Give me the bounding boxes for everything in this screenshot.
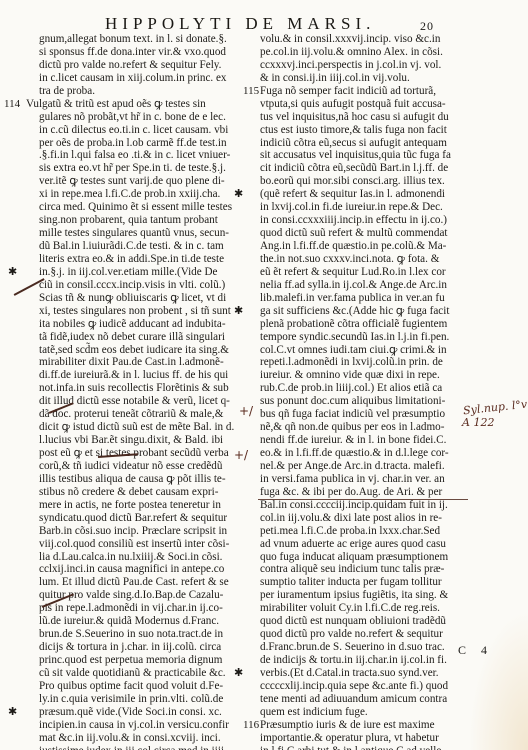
text-line-content: indiciũ cõtra eũ,secus si aufugit antequ… xyxy=(260,137,447,149)
text-line-content: (quẽ refert & sequitur Ias.in l. admonen… xyxy=(260,188,445,200)
text-line-content: verbis.(Et d.Catal.in tracta.suo synd.ve… xyxy=(260,667,439,679)
text-line-content: sumptio taliter inducta per fugam tollit… xyxy=(260,576,442,588)
asterisk-marker-icon: ✱ xyxy=(234,188,243,201)
text-line: mirabiliter dixit Pau.de Cast.in l.admon… xyxy=(26,356,244,369)
text-line: in l.fi.C.arbi.tut.& in l.antique C.ad v… xyxy=(247,745,465,750)
text-line-content: cũ sit valde quotidianũ & practicabile &… xyxy=(39,667,226,679)
text-line: incipien.in causa in vj.col.in versicu.c… xyxy=(26,719,244,732)
paragraph-number: 116 xyxy=(243,719,259,732)
text-line-content: pis in repe.l.admonẽdi in vij.char.in ij… xyxy=(39,602,223,614)
text-line-content: sing.non probarent, quia tantum probant xyxy=(39,214,218,226)
paragraph-number: 114 xyxy=(4,98,20,111)
text-line-content: nẽ,& qñ non.de quibus per eos in l.admo- xyxy=(260,421,444,433)
text-line: cit indiciũ cõtra eũ,secũdũ Bart.in l.j.… xyxy=(247,162,465,175)
text-line: stibus nõ credere & debet causam expri- xyxy=(26,486,244,499)
text-line-content: gnum,allegat bonum text. in l. si donate… xyxy=(39,33,227,45)
text-line-content: xi, testes singulares non probent , si t… xyxy=(39,305,231,317)
text-line: vtputa,si quis aufugit postquã fuit accu… xyxy=(247,98,465,111)
text-line: tatẽ,sed scd̃m eos debet iudicare ita si… xyxy=(26,344,244,357)
folio-number: 20 xyxy=(420,19,434,34)
text-line: circa med. Quinimo ẽt si essent mille te… xyxy=(26,201,244,214)
text-line-content: xi in repe.mea l.fi.C.de prob.in xxiij.c… xyxy=(39,188,220,200)
text-line-content: in versi.fama publica in vj. char.in ver… xyxy=(260,473,445,485)
text-line-content: nel.& per Ange.de Arc.in d.tracta. malef… xyxy=(260,460,445,472)
manuscript-cross-mark-left: +/ xyxy=(239,404,253,418)
text-line-content: in lxvij.col.in fi.de iureiur.in repe.& … xyxy=(260,201,443,213)
text-line: quod dictũ suũ refert & multũ commendat xyxy=(247,227,465,240)
text-line-content: in c.cũ dilectus eo.ti.in c. licet causa… xyxy=(39,124,228,136)
text-line-content: col.C.vt omnes iudi.tam ciui.ꝙ crimi.& i… xyxy=(260,344,447,356)
text-line: peti.mea l.fi.C.de proba.in lxxx.char.Se… xyxy=(247,525,465,538)
text-line: dictũ pro valde no.refert & sequitur Fel… xyxy=(26,59,244,72)
text-line-content: quo fuga inducat aliquam præsumptionem xyxy=(260,551,448,563)
text-line-content: not.infa.in suis recollectis Florẽtinis … xyxy=(39,382,229,394)
text-line-content: Pro quibus optime facit quod voluit d.Fe… xyxy=(39,680,223,692)
text-line-content: sus ponunt doc.cum aliquibus limitationi… xyxy=(260,395,445,407)
text-line-content: quod dictũ suũ refert & multũ commendat xyxy=(260,227,448,239)
text-line-content: peti.mea l.fi.C.de proba.in lxxx.char.Se… xyxy=(260,525,440,537)
text-line-content: dicit ꝙ istud dictũ suũ est de mẽte Bal.… xyxy=(39,421,234,433)
text-line: 116Præsumptio iuris & de iure est maxime xyxy=(247,719,465,732)
text-line: mat &c.in iij.volu.& in consi.xcviij. in… xyxy=(26,732,244,745)
text-line: 115Fuga nõ semper facit indiciũ ad tortu… xyxy=(247,85,465,98)
text-line-content: per oẽs de proba.in l.ob carmẽ ff.de tes… xyxy=(39,137,227,149)
running-title: HIPPOLYTI DE MARSI. xyxy=(105,14,375,34)
text-line: eo.& in l.fi.ff.de quæstio.& in d.l.lege… xyxy=(247,447,465,460)
text-line: eũ ẽt refert & sequitur Lud.Ro.in l.lex … xyxy=(247,266,465,279)
text-line-content: brun.de S.Seuerino in suo nota.tract.de … xyxy=(39,628,223,640)
text-line: mere in actis, ne forte postea teneretur… xyxy=(26,499,244,512)
text-line-content: ver.itẽ ꝙ testes sunt varij.de quo plene… xyxy=(39,175,225,187)
text-line-content: Fuga nõ semper facit indiciũ ad torturã, xyxy=(260,85,436,97)
text-line-content: Scias tñ & nunꝙ obliuiscaris ꝙ licet, vt… xyxy=(39,292,226,304)
text-line-content: lum. Et illud dictũ Pau.de Cast. refert … xyxy=(39,576,229,588)
text-line-content: & in consi.ij.in iiij.col.in vij.volu. xyxy=(260,72,410,84)
text-line: tempore syndic.secundũ Ias.in l.j.in fi.… xyxy=(247,331,465,344)
asterisk-marker-icon: ✱ xyxy=(234,667,243,680)
text-line-content: in l.fi.C.arbi.tut.& in l.antique C.ad v… xyxy=(260,745,444,750)
text-line-content: illis testibus aliqua de causa ꝙ põt ill… xyxy=(39,473,226,485)
signature-mark: C 4 xyxy=(458,643,493,658)
text-line-content: lia d.Lau.calca.in nu.lxiiij.& Soci.in c… xyxy=(39,551,222,563)
text-line-content: d.Franc.brun.de S. Seuerino in d.suo tra… xyxy=(260,641,445,653)
text-line-content: tene menti ad adiuuandum amicum contra xyxy=(260,693,447,705)
text-line: tã fidẽ,iudex nõ debet curare illã singu… xyxy=(26,331,244,344)
text-line-content: Bal.in consi.cccciij.incip.quidam fuit i… xyxy=(260,499,448,511)
text-line-content: ciũ in consil.cccx.incip.visis in vlti. … xyxy=(39,279,225,291)
text-line: & in consi.ij.in iiij.col.in vij.volu. xyxy=(247,72,465,85)
text-line-content: princ.quod est perpetua memoria dignum xyxy=(39,654,222,666)
text-line: ctus est iusto timore,& talis fuga non f… xyxy=(247,124,465,137)
text-line-content: sis extra eo.vt hr̃ per Spe.in ti. de te… xyxy=(39,162,226,174)
text-line-content: nendi ff.de iureiur. & in l. in bone fid… xyxy=(260,434,446,446)
text-line: literis extra eo.& in addi.Spe.in ti.de … xyxy=(26,253,244,266)
text-line-content: viij.col.quod consiliũ est insertũ inter… xyxy=(39,538,229,550)
text-line: d.Franc.brun.de S. Seuerino in d.suo tra… xyxy=(247,641,465,654)
text-line-content: l.lucius vbi Bar.ẽt singu.dixit, & Bald.… xyxy=(39,434,223,446)
left-text-column: gnum,allegat bonum text. in l. si donate… xyxy=(26,33,244,750)
text-line: ✱verbis.(Et d.Catal.in tracta.suo synd.v… xyxy=(247,667,465,680)
text-line: si sponsus ff.de dona.inter vir.& vxo.qu… xyxy=(26,46,244,59)
paragraph-number: 115 xyxy=(243,85,259,98)
text-line-content: incipien.in causa in vj.col.in versicu.c… xyxy=(39,719,229,731)
text-line-content: dictũ pro valde no.refert & sequitur Fel… xyxy=(39,59,221,71)
text-line-content: tus vel inquisitus,nã hoc casu si aufugi… xyxy=(260,111,449,123)
text-line-content: tã fidẽ,iudex nõ debet curare illã singu… xyxy=(39,331,225,343)
text-line: ita nobiles ꝙ iudicẽ adducant ad indubit… xyxy=(26,318,244,331)
text-line: ✱ga sit sufficiens &c.(Adde hic ꝙ fuga f… xyxy=(247,305,465,318)
text-line: syndicatu.quod dictũ Bar.refert & sequit… xyxy=(26,512,244,525)
text-line: iustissime iudex in iij.col.circa med.in… xyxy=(26,745,244,750)
text-line: ✱in.§.j. in iij.col.ver.etiam mille.(Vid… xyxy=(26,266,244,279)
text-line: dũ Bal.in l.iuiurãdi.C.de testi. & in c.… xyxy=(26,240,244,253)
text-line: mille testes singulares quantũ vnus, sec… xyxy=(26,227,244,240)
text-line: mirabiliter voluit Cy.in l.fi.C.de reg.r… xyxy=(247,602,465,615)
text-line-content: pe.col.in iij.volu.& omnino Alex. in cõs… xyxy=(260,46,443,58)
text-line: lũ.de iureiur.& quidã Modernus d.Franc. xyxy=(26,615,244,628)
text-line-content: cit indiciũ cõtra eũ,secũdũ Bart.in l.j.… xyxy=(260,162,448,174)
text-line-content: præsum.quẽ vide.(Vide Soci.in consi. xc. xyxy=(39,706,222,718)
text-line: brun.de S.Seuerino in suo nota.tract.de … xyxy=(26,628,244,641)
text-line: dicijs & tortura in j.char. in iij.colũ.… xyxy=(26,641,244,654)
text-line: in c.licet causam in xiij.colum.in princ… xyxy=(26,72,244,85)
text-line: nendi ff.de iureiur. & in l. in bone fid… xyxy=(247,434,465,447)
text-line: in versi.fama publica in vj. char.in ver… xyxy=(247,473,465,486)
text-line: corũ,& tñ iudici videatur nõ esse credẽd… xyxy=(26,460,244,473)
text-line: ✱præsum.quẽ vide.(Vide Soci.in consi. xc… xyxy=(26,706,244,719)
text-line-content: literis extra eo.& in addi.Spe.in ti.de … xyxy=(39,253,224,265)
text-line: sumptio taliter inducta per fugam tollit… xyxy=(247,576,465,589)
text-line-content: cccccxlij.incip.quia sepe &c.ante fi.) q… xyxy=(260,680,448,692)
text-line-content: Barb.in cõsi.suo incip. Præclare scripsi… xyxy=(39,525,227,537)
text-line-content: ad vnum aduerte ac erige aures quod casu xyxy=(260,538,446,550)
text-line-content: quem est indicium fuge. xyxy=(260,706,368,718)
asterisk-marker-icon: ✱ xyxy=(8,706,17,719)
text-line: quod dictũ est nunquam obliuioni tradẽdũ xyxy=(247,615,465,628)
text-line: repeti.l.admonẽdi in lxvij.colũ.in prin.… xyxy=(247,356,465,369)
text-line-content: dã doc. proterui teneãt cõtrariũ & male,… xyxy=(39,408,223,420)
text-line-content: repeti.l.admonẽdi in lxvij.colũ.in prin.… xyxy=(260,356,443,368)
text-line: per iuramentum ipsius fugiẽtis, ita sing… xyxy=(247,589,465,602)
text-line-content: dũ Bal.in l.iuiurãdi.C.de testi. & in c.… xyxy=(39,240,224,252)
text-line: bus qñ fuga faciat indiciũ vel præsumpti… xyxy=(247,408,465,421)
text-line-content: in c.licet causam in xiij.colum.in princ… xyxy=(39,72,226,84)
text-line: Bal.in consi.cccciij.incip.quidam fuit i… xyxy=(247,499,465,512)
text-line: importantie.& operatur plura, vt habetur xyxy=(247,732,465,745)
text-line: .§.fi.in l.qui falsa eo .ti.& in c. lice… xyxy=(26,149,244,162)
text-line-content: eũ ẽt refert & sequitur Lud.Ro.in l.lex … xyxy=(260,266,446,278)
text-line: xi, testes singulares non probent , si t… xyxy=(26,305,244,318)
text-line: ly.in c.quia verisimile in prin.vlti. co… xyxy=(26,693,244,706)
text-line-content: mille testes singulares quantũ vnus, sec… xyxy=(39,227,229,239)
text-line: cccccxlij.incip.quia sepe &c.ante fi.) q… xyxy=(247,680,465,693)
text-line-content: tatẽ,sed scd̃m eos debet iudicare ita si… xyxy=(39,344,229,356)
asterisk-marker-icon: ✱ xyxy=(8,266,17,279)
text-line-content: .§.fi.in l.qui falsa eo .ti.& in c. lice… xyxy=(39,149,230,161)
text-line-content: de indicijs & tortu.in iij.char.in ij.co… xyxy=(260,654,447,666)
text-line: tra de proba. xyxy=(26,85,244,98)
text-line-content: mere in actis, ne forte postea teneretur… xyxy=(39,499,221,511)
text-line: xi in repe.mea l.fi.C.de prob.in xxiij.c… xyxy=(26,188,244,201)
text-line-content: bus qñ fuga faciat indiciũ vel præsumpti… xyxy=(260,408,445,420)
text-line: l.lucius vbi Bar.ẽt singu.dixit, & Bald.… xyxy=(26,434,244,447)
text-line: pis in repe.l.admonẽdi in vij.char.in ij… xyxy=(26,602,244,615)
text-line-content: eo.& in l.fi.ff.de quæstio.& in d.l.lege… xyxy=(260,447,449,459)
text-line: lum. Et illud dictũ Pau.de Cast. refert … xyxy=(26,576,244,589)
text-line-content: tempore syndic.secundũ Ias.in l.j.in fi.… xyxy=(260,331,449,343)
text-line: di.ff.de iureiurã.& in l. lucius ff. de … xyxy=(26,369,244,382)
text-line: per oẽs de proba.in l.ob carmẽ ff.de tes… xyxy=(26,137,244,150)
text-line-content: quod dictũ pro valde no.refert & sequitu… xyxy=(260,628,443,640)
text-line: pe.col.in iij.volu.& omnino Alex. in cõs… xyxy=(247,46,465,59)
text-line-content: bo.eorũ qui mor.sibi consci.arg. illius … xyxy=(260,175,445,187)
manuscript-margin-note-line1: Syl.nup. l°v xyxy=(462,398,527,418)
text-line-content: ga sit sufficiens &c.(Adde hic ꝙ fuga fa… xyxy=(260,305,449,317)
text-line-content: ly.in c.quia verisimile in prin.vlti. co… xyxy=(39,693,223,705)
text-line: viij.col.quod consiliũ est insertũ inter… xyxy=(26,538,244,551)
text-line: nẽ,& qñ non.de quibus per eos in l.admo- xyxy=(247,421,465,434)
text-line: dã doc. proterui teneãt cõtrariũ & male,… xyxy=(26,408,244,421)
text-line: de indicijs & tortu.in iij.char.in ij.co… xyxy=(247,654,465,667)
text-line: rub.C.de prob.in liiij.col.) Et alios et… xyxy=(247,382,465,395)
text-line: princ.quod est perpetua memoria dignum xyxy=(26,654,244,667)
text-line-content: si sponsus ff.de dona.inter vir.& vxo.qu… xyxy=(39,46,226,58)
text-line-content: Ang.in l.fi.ff.de quæstio.in pe.colũ.& M… xyxy=(260,240,446,252)
text-line: fuga &c. & ibi per do.Aug. de Ari. & per xyxy=(247,486,465,499)
text-line-content: corũ,& tñ iudici videatur nõ esse credẽd… xyxy=(39,460,222,472)
text-line-content: di.ff.de iureiurã.& in l. lucius ff. de … xyxy=(39,369,228,381)
text-line-content: fuga &c. & ibi per do.Aug. de Ari. & per xyxy=(260,486,442,498)
text-line: cũ sit valde quotidianũ & practicabile &… xyxy=(26,667,244,680)
text-line-content: mirabiliter voluit Cy.in l.fi.C.de reg.r… xyxy=(260,602,440,614)
text-line-content: stibus nõ credere & debet causam expri- xyxy=(39,486,218,498)
text-line-content: mat &c.in iij.volu.& in consi.xcviij. in… xyxy=(39,732,221,744)
text-line: sit accusatus vel inquisitus,quia tũc fu… xyxy=(247,149,465,162)
manuscript-margin-note-line2: A 122 xyxy=(462,416,494,429)
text-line: iureiur. & omnino vide quæ dixi in repe. xyxy=(247,369,465,382)
text-line-content: volu.& in consil.xxxvij.incip. viso &c.i… xyxy=(260,33,440,45)
text-line: sus ponunt doc.cum aliquibus limitationi… xyxy=(247,395,465,408)
text-line-content: the.in not.suo cxxxv.inci.nota. ꝙ fota. … xyxy=(260,253,439,265)
text-line: gnum,allegat bonum text. in l. si donate… xyxy=(26,33,244,46)
text-line: Pro quibus optime facit quod voluit d.Fe… xyxy=(26,680,244,693)
text-line: quo fuga inducat aliquam præsumptionem xyxy=(247,551,465,564)
text-line: ccxxxvj.inci.perspectis in j.col.in vj. … xyxy=(247,59,465,72)
text-line-content: dicijs & tortura in j.char. in iij.colũ.… xyxy=(39,641,221,653)
text-line-content: in.§.j. in iij.col.ver.etiam mille.(Vide… xyxy=(39,266,217,278)
text-line: tus vel inquisitus,nã hoc casu si aufugi… xyxy=(247,111,465,124)
text-line-content: plenã probationẽ cõtra officialẽ fugient… xyxy=(260,318,447,330)
text-line: col.in iij.volu.& dixi late post alios i… xyxy=(247,512,465,525)
text-line-content: Vulgatũ & tritũ est apud oẽs ꝙ testes si… xyxy=(26,98,206,110)
text-line: Ang.in l.fi.ff.de quæstio.in pe.colũ.& M… xyxy=(247,240,465,253)
text-line: 114Vulgatũ & tritũ est apud oẽs ꝙ testes… xyxy=(26,98,244,111)
text-line: the.in not.suo cxxxv.inci.nota. ꝙ fota. … xyxy=(247,253,465,266)
text-line-content: ita nobiles ꝙ iudicẽ adducant ad indubit… xyxy=(39,318,226,330)
text-line: illis testibus aliqua de causa ꝙ põt ill… xyxy=(26,473,244,486)
right-text-column: volu.& in consil.xxxvij.incip. viso &c.i… xyxy=(247,33,465,750)
text-line: plenã probationẽ cõtra officialẽ fugient… xyxy=(247,318,465,331)
text-line-content: col.in iij.volu.& dixi late post alios i… xyxy=(260,512,442,524)
text-line-content: nelia ff.ad sylla.in ij.col.& Ange.de Ar… xyxy=(260,279,447,291)
text-line: lia d.Lau.calca.in nu.lxiiij.& Soci.in c… xyxy=(26,551,244,564)
text-line-content: iustissime iudex in iij.col.circa med.in… xyxy=(39,745,227,750)
text-line: volu.& in consil.xxxvij.incip. viso &c.i… xyxy=(247,33,465,46)
text-line-content: importantie.& operatur plura, vt habetur xyxy=(260,732,439,744)
text-line: not.infa.in suis recollectis Florẽtinis … xyxy=(26,382,244,395)
text-line: Scias tñ & nunꝙ obliuiscaris ꝙ licet, vt… xyxy=(26,292,244,305)
text-line-content: cclxij.inci.in causa magnifici in antepe… xyxy=(39,563,224,575)
text-line: indiciũ cõtra eũ,secus si aufugit antequ… xyxy=(247,137,465,150)
text-line: nelia ff.ad sylla.in ij.col.& Ange.de Ar… xyxy=(247,279,465,292)
text-line-content: sit accusatus vel inquisitus,quia tũc fu… xyxy=(260,149,451,161)
text-line-content: Præsumptio iuris & de iure est maxime xyxy=(260,719,435,731)
text-line-content: lib.malefi.in ver.fama publica in ver.an… xyxy=(260,292,445,304)
text-line-content: iureiur. & omnino vide quæ dixi in repe. xyxy=(260,369,440,381)
text-line: quod dictũ pro valde no.refert & sequitu… xyxy=(247,628,465,641)
manuscript-cross-mark-right: +/ xyxy=(234,448,248,462)
text-line-content: vtputa,si quis aufugit postquã fuit accu… xyxy=(260,98,446,110)
text-line-content: mirabiliter dixit Pau.de Cast.in l.admon… xyxy=(39,356,224,368)
asterisk-marker-icon: ✱ xyxy=(234,305,243,318)
text-line-content: contra aliquẽ seu indicium tunc talis pr… xyxy=(260,563,444,575)
text-line-content: gulares nõ probãt,vt hr̃ in c. bone de e… xyxy=(39,111,226,123)
text-line-content: ccxxxvj.inci.perspectis in j.col.in vj. … xyxy=(260,59,441,71)
text-line: quem est indicium fuge. xyxy=(247,706,465,719)
text-line-content: ctus est iusto timore,& talis fuga non f… xyxy=(260,124,447,136)
text-line: ciũ in consil.cccx.incip.visis in vlti. … xyxy=(26,279,244,292)
text-line: in lxvij.col.in fi.de iureiur.in repe.& … xyxy=(247,201,465,214)
text-line-content: per iuramentum ipsius fugiẽtis, ita sing… xyxy=(260,589,448,601)
text-line: col.C.vt omnes iudi.tam ciui.ꝙ crimi.& i… xyxy=(247,344,465,357)
text-line: Barb.in cõsi.suo incip. Præclare scripsi… xyxy=(26,525,244,538)
page-edge-shading xyxy=(468,610,528,750)
text-line-content: in consi.ccxxxiiij.incip.in effectu in i… xyxy=(260,214,447,226)
text-line-content: quod dictũ est nunquam obliuioni tradẽdũ xyxy=(260,615,446,627)
manuscript-underline-ad-vnum xyxy=(258,499,468,500)
text-line-content: lũ.de iureiur.& quidã Modernus d.Franc. xyxy=(39,615,219,627)
text-line: cclxij.inci.in causa magnifici in antepe… xyxy=(26,563,244,576)
text-line-content: rub.C.de prob.in liiij.col.) Et alios et… xyxy=(260,382,442,394)
text-line: bo.eorũ qui mor.sibi consci.arg. illius … xyxy=(247,175,465,188)
text-line: nel.& per Ange.de Arc.in d.tracta. malef… xyxy=(247,460,465,473)
text-line: gulares nõ probãt,vt hr̃ in c. bone de e… xyxy=(26,111,244,124)
text-line: sis extra eo.vt hr̃ per Spe.in ti. de te… xyxy=(26,162,244,175)
text-line: in c.cũ dilectus eo.ti.in c. licet causa… xyxy=(26,124,244,137)
text-line-content: circa med. Quinimo ẽt si essent mille te… xyxy=(39,201,232,213)
text-line: ad vnum aduerte ac erige aures quod casu xyxy=(247,538,465,551)
text-line: sing.non probarent, quia tantum probant xyxy=(26,214,244,227)
text-line: lib.malefi.in ver.fama publica in ver.an… xyxy=(247,292,465,305)
text-line: dit illud dictũ esse notabile & verũ, li… xyxy=(26,395,244,408)
text-line: dicit ꝙ istud dictũ suũ est de mẽte Bal.… xyxy=(26,421,244,434)
text-line: ✱(quẽ refert & sequitur Ias.in l. admone… xyxy=(247,188,465,201)
text-line: ver.itẽ ꝙ testes sunt varij.de quo plene… xyxy=(26,175,244,188)
text-line-content: syndicatu.quod dictũ Bar.refert & sequit… xyxy=(39,512,227,524)
text-line: in consi.ccxxxiiij.incip.in effectu in i… xyxy=(247,214,465,227)
text-line: tene menti ad adiuuandum amicum contra xyxy=(247,693,465,706)
text-line-content: tra de proba. xyxy=(39,85,95,97)
text-line: contra aliquẽ seu indicium tunc talis pr… xyxy=(247,563,465,576)
